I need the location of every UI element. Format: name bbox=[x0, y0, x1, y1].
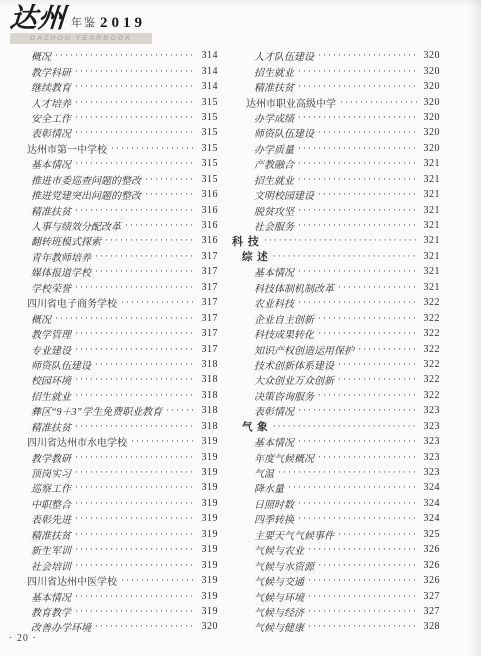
toc-title: 基本情况 bbox=[27, 589, 71, 604]
dot-leader bbox=[298, 206, 417, 215]
dot-leader bbox=[318, 453, 417, 462]
toc-row-entry: 教学科研314 bbox=[27, 63, 218, 78]
toc-title: 青年教师培养 bbox=[27, 249, 91, 264]
toc-row-entry: 科技体制机制改革321 bbox=[232, 280, 440, 295]
toc-row-school: 四川省电子商务学校317 bbox=[27, 295, 218, 310]
toc-title: 气 象 bbox=[232, 419, 269, 434]
toc-row-entry: 企业自主创新322 bbox=[232, 310, 440, 325]
toc-row-entry: 文明校园建设321 bbox=[232, 187, 440, 202]
toc-page-number: 318 bbox=[198, 405, 218, 416]
toc-page-number: 320 bbox=[420, 50, 440, 61]
toc-page-number: 315 bbox=[198, 174, 218, 185]
toc-page-number: 321 bbox=[420, 158, 440, 169]
yearbook-logo: 达州 年鉴 2019 bbox=[10, 5, 146, 32]
dot-leader bbox=[298, 499, 417, 508]
toc-row-school: 达州市职业高级中学320 bbox=[232, 94, 440, 109]
toc-title: 人才队伍建设 bbox=[232, 48, 314, 63]
dot-leader bbox=[318, 329, 417, 338]
toc-page-number: 323 bbox=[420, 452, 440, 463]
dot-leader bbox=[308, 592, 417, 601]
toc-row-entry: 气候与农业326 bbox=[232, 542, 440, 557]
dot-leader bbox=[308, 622, 417, 631]
dot-leader bbox=[298, 144, 417, 153]
toc-row-chapter: 气 象323 bbox=[232, 419, 440, 434]
logo-tagline: DAZHOU YEARBOOK bbox=[10, 35, 132, 42]
toc-row-entry: 概况314 bbox=[27, 48, 218, 63]
toc-page-number: 322 bbox=[420, 390, 440, 401]
toc-title: 基本情况 bbox=[232, 434, 294, 449]
toc-title: 招生就业 bbox=[27, 388, 71, 403]
toc-row-entry: 巡察工作319 bbox=[27, 480, 218, 495]
dot-leader bbox=[308, 545, 417, 554]
toc-page-number: 319 bbox=[198, 529, 218, 540]
toc-row-entry: 校园环境318 bbox=[27, 372, 218, 387]
logo-year: 2019 bbox=[100, 15, 146, 32]
toc-title: 综 述 bbox=[232, 249, 269, 264]
logo-subtitle: 年鉴 bbox=[71, 14, 97, 30]
toc-title: 教学科研 bbox=[27, 64, 71, 79]
dot-leader bbox=[298, 298, 417, 307]
toc-row-entry: 办学成绩320 bbox=[232, 110, 440, 125]
toc-row-entry: 基本情况321 bbox=[232, 264, 440, 279]
dot-leader bbox=[111, 144, 195, 153]
toc-title: 办学质量 bbox=[232, 141, 294, 156]
dot-leader bbox=[121, 298, 195, 307]
toc-title: 科 技 bbox=[232, 233, 260, 249]
toc-page-number: 320 bbox=[198, 621, 218, 632]
toc-page-number: 328 bbox=[420, 621, 440, 632]
dot-leader bbox=[75, 206, 195, 215]
toc-title: 彝区“9＋3”学生免费职业教育 bbox=[27, 403, 162, 418]
toc-page-number: 322 bbox=[420, 344, 440, 355]
toc-page-number: 320 bbox=[420, 81, 440, 92]
toc-page-number: 316 bbox=[198, 205, 218, 216]
toc-row-part: 科 技321 bbox=[232, 233, 440, 248]
toc-title: 气温 bbox=[232, 465, 274, 480]
dot-leader bbox=[318, 391, 417, 400]
toc-row-entry: 办学质量320 bbox=[232, 141, 440, 156]
toc-title: 中职整合 bbox=[27, 496, 71, 511]
toc-page-number: 319 bbox=[198, 452, 218, 463]
dot-leader bbox=[340, 98, 417, 107]
toc-row-entry: 降水量324 bbox=[232, 480, 440, 495]
toc-title: 达州市第一中学校 bbox=[27, 141, 107, 156]
toc-page-number: 321 bbox=[420, 189, 440, 200]
dot-leader bbox=[75, 159, 195, 168]
toc-row-entry: 表彰情况323 bbox=[232, 403, 440, 418]
toc-row-entry: 教学教研319 bbox=[27, 449, 218, 464]
toc-page-number: 323 bbox=[420, 405, 440, 416]
toc-row-entry: 精准扶贫316 bbox=[27, 202, 218, 217]
toc-page-number: 320 bbox=[420, 66, 440, 77]
toc-title: 气候与农业 bbox=[232, 542, 304, 557]
toc-title: 气候与健康 bbox=[232, 619, 304, 634]
dot-leader bbox=[75, 113, 195, 122]
toc-title: 气候与水资源 bbox=[232, 558, 314, 573]
toc-page-number: 314 bbox=[198, 66, 218, 77]
toc-row-entry: 新生军训319 bbox=[27, 542, 218, 557]
dot-leader bbox=[75, 128, 195, 137]
toc-page-number: 324 bbox=[420, 482, 440, 493]
toc-row-entry: 继续教育314 bbox=[27, 79, 218, 94]
toc-title: 表彰情况 bbox=[27, 125, 71, 140]
toc-page-number: 316 bbox=[198, 235, 218, 246]
toc-title: 学校荣誉 bbox=[27, 280, 71, 295]
toc-page-number: 321 bbox=[420, 251, 440, 262]
toc-title: 气候与交通 bbox=[232, 573, 304, 588]
dot-leader bbox=[273, 252, 417, 261]
toc-title: 大众创业万众创新 bbox=[232, 372, 334, 387]
toc-page-number: 322 bbox=[420, 359, 440, 370]
toc-page-number: 317 bbox=[198, 251, 218, 262]
toc-row-entry: 科技成果转化322 bbox=[232, 326, 440, 341]
toc-row-entry: 推进党建突出问题的整改316 bbox=[27, 187, 218, 202]
toc-page-number: 318 bbox=[198, 421, 218, 432]
toc-row-entry: 媒体报道学校317 bbox=[27, 264, 218, 279]
toc-title: 表彰情况 bbox=[232, 403, 294, 418]
toc-row-entry: 概况317 bbox=[27, 310, 218, 325]
dot-leader bbox=[75, 283, 195, 292]
toc-row-entry: 基本情况323 bbox=[232, 434, 440, 449]
toc-title: 招生就业 bbox=[232, 172, 294, 187]
toc-page-number: 325 bbox=[420, 529, 440, 540]
dot-leader bbox=[131, 437, 195, 446]
dot-leader bbox=[298, 437, 417, 446]
toc-title: 人才培养 bbox=[27, 95, 71, 110]
dot-leader bbox=[121, 576, 195, 585]
toc-title: 基本情况 bbox=[27, 156, 71, 171]
dot-leader bbox=[75, 453, 195, 462]
logo-title: 达州 bbox=[9, 5, 67, 32]
dot-leader bbox=[298, 82, 417, 91]
toc-title: 推进市委巡查问题的整改 bbox=[27, 172, 141, 187]
toc-title: 教育教学 bbox=[27, 604, 71, 619]
toc-page-number: 320 bbox=[420, 112, 440, 123]
toc-title: 科技成果转化 bbox=[232, 326, 314, 341]
toc-row-entry: 气候与经济327 bbox=[232, 604, 440, 619]
toc-row-entry: 推进市委巡查问题的整改315 bbox=[27, 172, 218, 187]
dot-leader bbox=[298, 406, 417, 415]
toc-page-number: 317 bbox=[198, 328, 218, 339]
dot-leader bbox=[75, 422, 195, 431]
toc-page-number: 319 bbox=[198, 591, 218, 602]
toc-page-number: 327 bbox=[420, 606, 440, 617]
dot-leader bbox=[338, 375, 417, 384]
toc-title: 气候与经济 bbox=[232, 604, 304, 619]
toc-title: 四川省达州中医学校 bbox=[27, 573, 117, 588]
toc-page-number: 323 bbox=[420, 467, 440, 478]
dot-leader bbox=[278, 468, 417, 477]
toc-row-school: 四川省达州市水电学校319 bbox=[27, 434, 218, 449]
toc-page-number: 317 bbox=[198, 313, 218, 324]
dot-leader bbox=[298, 221, 417, 230]
toc-title: 招生就业 bbox=[232, 64, 294, 79]
toc-row-entry: 人才队伍建设320 bbox=[232, 48, 440, 63]
toc-title: 翻转班模式探索 bbox=[27, 233, 101, 248]
toc-row-entry: 脱贫攻坚321 bbox=[232, 202, 440, 217]
toc-page-number: 320 bbox=[420, 97, 440, 108]
toc-page-number: 321 bbox=[420, 282, 440, 293]
toc-title: 继续教育 bbox=[27, 79, 71, 94]
dot-leader bbox=[298, 113, 417, 122]
toc-row-entry: 改善办学环境320 bbox=[27, 619, 218, 634]
toc-page-number: 320 bbox=[420, 143, 440, 154]
toc-title: 产教融合 bbox=[232, 156, 294, 171]
dot-leader bbox=[75, 82, 195, 91]
toc-title: 教学教研 bbox=[27, 450, 71, 465]
toc-row-entry: 招生就业320 bbox=[232, 63, 440, 78]
dot-leader bbox=[75, 561, 195, 570]
toc-row-entry: 精准扶贫320 bbox=[232, 79, 440, 94]
toc-row-entry: 专业建设317 bbox=[27, 341, 218, 356]
toc-title: 顶岗实习 bbox=[27, 465, 71, 480]
dot-leader bbox=[308, 607, 417, 616]
dot-leader bbox=[75, 483, 195, 492]
toc-title: 气候与环境 bbox=[232, 589, 304, 604]
toc-page-number: 323 bbox=[420, 436, 440, 447]
dot-leader bbox=[55, 51, 195, 60]
toc-page-number: 318 bbox=[198, 390, 218, 401]
toc-title: 脱贫攻坚 bbox=[232, 203, 294, 218]
toc-title: 专业建设 bbox=[27, 342, 71, 357]
toc-row-entry: 学校荣誉317 bbox=[27, 280, 218, 295]
toc-title: 农业科技 bbox=[232, 295, 294, 310]
dot-leader bbox=[318, 190, 417, 199]
dot-leader bbox=[75, 499, 195, 508]
toc-row-entry: 气候与交通326 bbox=[232, 573, 440, 588]
toc-title: 知识产权创造运用保护 bbox=[232, 342, 354, 357]
toc-row-entry: 教育教学319 bbox=[27, 604, 218, 619]
toc-row-entry: 表彰先进319 bbox=[27, 511, 218, 526]
dot-leader bbox=[75, 530, 195, 539]
toc-row-entry: 师资队伍建设320 bbox=[232, 125, 440, 140]
dot-leader bbox=[318, 561, 417, 570]
toc-page-number: 319 bbox=[198, 544, 218, 555]
toc-title: 办学成绩 bbox=[232, 110, 294, 125]
toc-row-entry: 决策咨询服务322 bbox=[232, 388, 440, 403]
dot-leader bbox=[288, 483, 417, 492]
toc-page-number: 327 bbox=[420, 591, 440, 602]
dot-leader bbox=[338, 283, 417, 292]
toc-row-school: 四川省达州中医学校319 bbox=[27, 573, 218, 588]
toc-row-entry: 四季转换324 bbox=[232, 511, 440, 526]
toc-title: 降水量 bbox=[232, 480, 284, 495]
toc-row-entry: 青年教师培养317 bbox=[27, 249, 218, 264]
toc-row-entry: 人才培养315 bbox=[27, 94, 218, 109]
toc-page-number: 324 bbox=[420, 498, 440, 509]
toc-title: 社会服务 bbox=[232, 218, 294, 233]
dot-leader bbox=[264, 236, 417, 245]
dot-leader bbox=[75, 391, 195, 400]
dot-leader bbox=[298, 175, 417, 184]
toc-page-number: 321 bbox=[420, 205, 440, 216]
toc-page-number: 322 bbox=[420, 374, 440, 385]
toc-page-number: 321 bbox=[420, 174, 440, 185]
toc-row-entry: 年度气候概况323 bbox=[232, 449, 440, 464]
toc-page-number: 319 bbox=[198, 575, 218, 586]
toc-row-entry: 精准扶贫318 bbox=[27, 419, 218, 434]
toc-title: 四川省电子商务学校 bbox=[27, 295, 117, 310]
dot-leader bbox=[75, 67, 195, 76]
toc-title: 技术创新体系建设 bbox=[232, 357, 334, 372]
toc-page-number: 319 bbox=[198, 498, 218, 509]
dot-leader bbox=[318, 51, 417, 60]
toc-title: 科技体制机制改革 bbox=[232, 280, 334, 295]
dot-leader bbox=[298, 67, 417, 76]
toc-title: 概况 bbox=[27, 311, 51, 326]
toc-row-entry: 技术创新体系建设322 bbox=[232, 357, 440, 372]
toc-page-number: 321 bbox=[420, 266, 440, 277]
toc-title: 日照时数 bbox=[232, 496, 294, 511]
toc-page-number: 315 bbox=[198, 97, 218, 108]
toc-row-entry: 招生就业318 bbox=[27, 388, 218, 403]
toc-row-entry: 知识产权创造运用保护322 bbox=[232, 341, 440, 356]
toc-title: 精准扶贫 bbox=[27, 527, 71, 542]
toc-page-number: 314 bbox=[198, 50, 218, 61]
dot-leader bbox=[166, 406, 195, 415]
toc-title: 精准扶贫 bbox=[27, 203, 71, 218]
toc-page-number: 317 bbox=[198, 344, 218, 355]
dot-leader bbox=[145, 190, 195, 199]
toc-title: 基本情况 bbox=[232, 264, 294, 279]
toc-row-entry: 招生就业321 bbox=[232, 172, 440, 187]
toc-row-entry: 大众创业万众创新322 bbox=[232, 372, 440, 387]
dot-leader bbox=[75, 607, 195, 616]
toc-title: 四季转换 bbox=[232, 511, 294, 526]
dot-leader bbox=[95, 360, 195, 369]
toc-title: 主要天气气候事件 bbox=[232, 527, 334, 542]
toc-row-entry: 师资队伍建设318 bbox=[27, 357, 218, 372]
toc-page-number: 314 bbox=[198, 81, 218, 92]
toc-title: 社会培训 bbox=[27, 558, 71, 573]
toc-page-number: 319 bbox=[198, 513, 218, 524]
toc-row-entry: 基本情况319 bbox=[27, 588, 218, 603]
toc-row-entry: 气候与水资源326 bbox=[232, 557, 440, 572]
toc-title: 教学管理 bbox=[27, 326, 71, 341]
dot-leader bbox=[75, 345, 195, 354]
dot-leader bbox=[105, 236, 195, 245]
toc-page-number: 322 bbox=[420, 328, 440, 339]
toc-page-number: 323 bbox=[420, 421, 440, 432]
toc-title: 精准扶贫 bbox=[27, 419, 71, 434]
logo-bar: DAZHOU YEARBOOK bbox=[10, 33, 152, 44]
toc-title: 决策咨询服务 bbox=[232, 388, 314, 403]
toc-page-number: 318 bbox=[198, 359, 218, 370]
toc-page-number: 317 bbox=[198, 282, 218, 293]
toc-row-entry: 农业科技322 bbox=[232, 295, 440, 310]
toc-title: 四川省达州市水电学校 bbox=[27, 434, 127, 449]
toc-title: 年度气候概况 bbox=[232, 450, 314, 465]
toc-row-entry: 中职整合319 bbox=[27, 496, 218, 511]
toc-title: 安全工作 bbox=[27, 110, 71, 125]
dot-leader bbox=[75, 329, 195, 338]
toc-page-number: 319 bbox=[198, 560, 218, 571]
toc-column-right: 人才队伍建设320招生就业320精准扶贫320达州市职业高级中学320办学成绩3… bbox=[232, 48, 440, 635]
toc-row-entry: 气温323 bbox=[232, 465, 440, 480]
toc-page-number: 317 bbox=[198, 266, 218, 277]
toc-row-entry: 社会培训319 bbox=[27, 557, 218, 572]
toc-row-entry: 表彰情况315 bbox=[27, 125, 218, 140]
toc-title: 表彰先进 bbox=[27, 511, 71, 526]
dot-leader bbox=[298, 267, 417, 276]
toc-page-number: 321 bbox=[420, 220, 440, 231]
toc-title: 师资队伍建设 bbox=[27, 357, 91, 372]
dot-leader bbox=[318, 314, 417, 323]
toc-row-entry: 顶岗实习319 bbox=[27, 465, 218, 480]
toc-page-number: 319 bbox=[198, 436, 218, 447]
toc-row-entry: 精准扶贫319 bbox=[27, 527, 218, 542]
dot-leader bbox=[75, 592, 195, 601]
dot-leader bbox=[75, 375, 195, 384]
dot-leader bbox=[95, 267, 195, 276]
dot-leader bbox=[145, 175, 195, 184]
toc-row-entry: 气候与健康328 bbox=[232, 619, 440, 634]
toc-column-left: 概况314教学科研314继续教育314人才培养315安全工作315表彰情况315… bbox=[27, 48, 218, 635]
toc-page-number: 315 bbox=[198, 143, 218, 154]
toc-page-number: 324 bbox=[420, 513, 440, 524]
toc-page-number: 316 bbox=[198, 220, 218, 231]
toc-row-entry: 翻转班模式探索316 bbox=[27, 233, 218, 248]
toc-title: 达州市职业高级中学 bbox=[232, 95, 336, 110]
toc-title: 人事与绩效分配改革 bbox=[27, 218, 121, 233]
toc-title: 推进党建突出问题的整改 bbox=[27, 187, 141, 202]
toc-title: 概况 bbox=[27, 48, 51, 63]
toc-page-number: 319 bbox=[198, 467, 218, 478]
toc-page-number: 316 bbox=[198, 189, 218, 200]
dot-leader bbox=[308, 576, 417, 585]
toc-page-number: 322 bbox=[420, 313, 440, 324]
toc-page-number: 326 bbox=[420, 575, 440, 586]
toc-page-number: 326 bbox=[420, 560, 440, 571]
toc-title: 文明校园建设 bbox=[232, 187, 314, 202]
dot-leader bbox=[75, 98, 195, 107]
toc-page-number: 317 bbox=[198, 297, 218, 308]
dot-leader bbox=[95, 622, 195, 631]
dot-leader bbox=[318, 128, 417, 137]
toc-row-entry: 教学管理317 bbox=[27, 326, 218, 341]
dot-leader bbox=[298, 514, 417, 523]
toc-row-entry: 主要天气气候事件325 bbox=[232, 527, 440, 542]
toc-row-school: 达州市第一中学校315 bbox=[27, 141, 218, 156]
toc-page-number: 321 bbox=[420, 235, 440, 246]
toc-row-entry: 彝区“9＋3”学生免费职业教育318 bbox=[27, 403, 218, 418]
toc-title: 校园环境 bbox=[27, 372, 71, 387]
toc-row-entry: 产教融合321 bbox=[232, 156, 440, 171]
toc-row-entry: 气候与环境327 bbox=[232, 588, 440, 603]
toc-title: 巡察工作 bbox=[27, 480, 71, 495]
dot-leader bbox=[338, 360, 417, 369]
toc-row-entry: 日照时数324 bbox=[232, 496, 440, 511]
toc-row-chapter: 综 述321 bbox=[232, 249, 440, 264]
dot-leader bbox=[95, 252, 195, 261]
toc-title: 新生军训 bbox=[27, 542, 71, 557]
dot-leader bbox=[125, 221, 195, 230]
dot-leader bbox=[358, 345, 417, 354]
toc-row-entry: 社会服务321 bbox=[232, 218, 440, 233]
toc-row-entry: 安全工作315 bbox=[27, 110, 218, 125]
dot-leader bbox=[55, 314, 195, 323]
dot-leader bbox=[75, 514, 195, 523]
folio-page-number: · 20 · bbox=[9, 633, 37, 644]
toc-page-number: 315 bbox=[198, 127, 218, 138]
toc-page-number: 318 bbox=[198, 374, 218, 385]
toc-page-number: 315 bbox=[198, 158, 218, 169]
toc-title: 师资队伍建设 bbox=[232, 125, 314, 140]
toc-row-entry: 基本情况315 bbox=[27, 156, 218, 171]
toc-page-number: 322 bbox=[420, 297, 440, 308]
dot-leader bbox=[75, 545, 195, 554]
dot-leader bbox=[75, 468, 195, 477]
